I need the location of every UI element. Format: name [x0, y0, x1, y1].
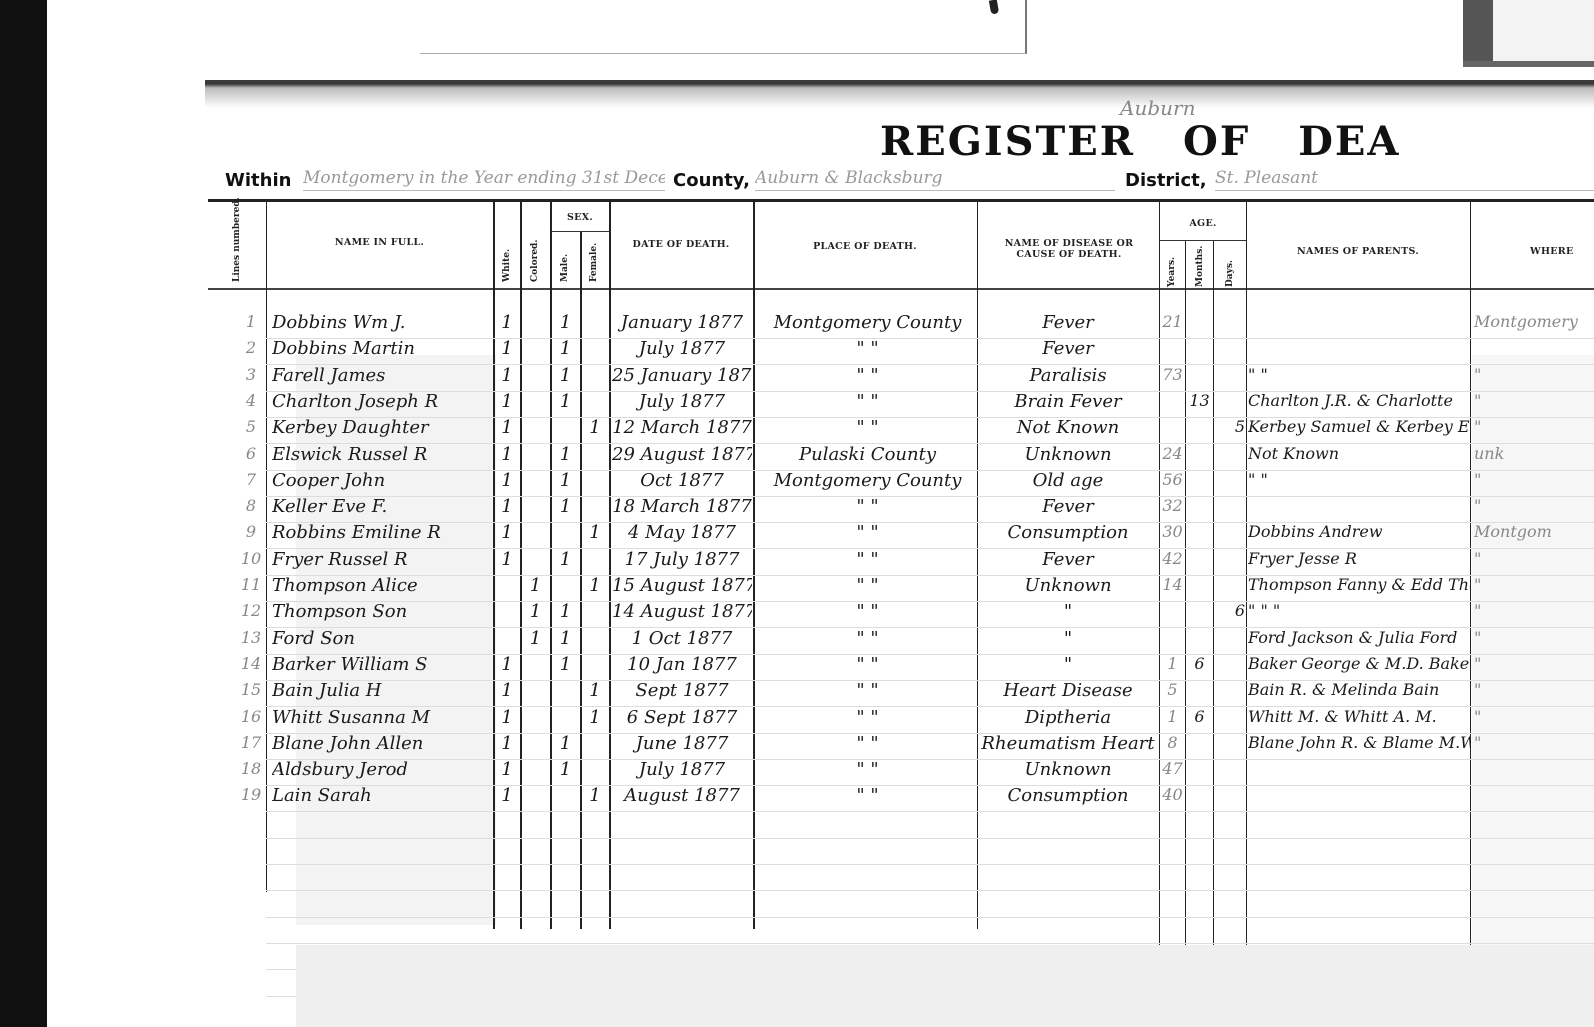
- place-of-death: " ": [760, 785, 975, 806]
- column-divider: [1246, 202, 1247, 1027]
- row-rule: [266, 864, 1594, 865]
- white-mark: 1: [494, 549, 520, 570]
- line-number: 4: [240, 391, 262, 410]
- colored-mark: 1: [521, 601, 550, 622]
- district-value: St. Pleasant: [1215, 168, 1594, 191]
- place-of-death: " ": [760, 575, 975, 596]
- white-mark: 1: [494, 496, 520, 517]
- line-number: 18: [240, 759, 262, 778]
- line-number: 7: [240, 470, 262, 489]
- date-of-death: 15 August 1877: [612, 575, 752, 596]
- names-of-parents: Bain R. & Melinda Bain: [1248, 680, 1470, 699]
- name-in-full: Cooper John: [272, 470, 492, 491]
- title-word: DEA: [1298, 118, 1400, 165]
- names-of-parents: Blane John R. & Blame M.W.: [1248, 733, 1470, 752]
- age-years: 14: [1160, 575, 1185, 594]
- names-of-parents: Ford Jackson & Julia Ford: [1248, 628, 1470, 647]
- female-mark: 1: [581, 575, 609, 596]
- place-of-death: Pulaski County: [760, 444, 975, 465]
- white-mark: 1: [494, 785, 520, 806]
- where-value: ": [1474, 417, 1594, 436]
- header-colored: Colored.: [530, 240, 540, 282]
- faded-scan-region: [296, 945, 1594, 1027]
- header-sex: SEX.: [551, 212, 609, 223]
- header-name-in-full: NAME IN FULL.: [266, 237, 493, 248]
- place-of-death: " ": [760, 338, 975, 359]
- where-value: ": [1474, 365, 1594, 384]
- column-divider: [753, 202, 755, 929]
- female-mark: 1: [581, 707, 609, 728]
- age-years: 1: [1160, 654, 1185, 673]
- county-value: Auburn & Blacksburg: [755, 168, 1115, 191]
- header-where: WHERE: [1530, 246, 1594, 257]
- white-mark: 1: [494, 312, 520, 333]
- place-of-death: Montgomery County: [760, 470, 975, 491]
- cause-of-death: ": [980, 601, 1156, 622]
- line-number: 1: [240, 312, 262, 331]
- cause-of-death: Rheumatism Heart: [980, 733, 1156, 754]
- overlapping-page-edge: [420, 0, 1027, 54]
- name-in-full: Thompson Son: [272, 601, 492, 622]
- line-number: 16: [240, 707, 262, 726]
- age-years: 1: [1160, 707, 1185, 726]
- line-number: 13: [240, 628, 262, 647]
- line-number: 8: [240, 496, 262, 515]
- scan-left-border: [0, 0, 47, 1027]
- date-of-death: July 1877: [612, 338, 752, 359]
- names-of-parents: Fryer Jesse R: [1248, 549, 1470, 568]
- place-of-death: " ": [760, 759, 975, 780]
- where-value: ": [1474, 680, 1594, 699]
- where-value: unk: [1474, 444, 1594, 463]
- names-of-parents: Kerbey Samuel & Kerbey Ellen: [1248, 417, 1470, 436]
- place-of-death: " ": [760, 601, 975, 622]
- line-number: 19: [240, 785, 262, 804]
- male-mark: 1: [551, 654, 580, 675]
- white-mark: 1: [494, 707, 520, 728]
- age-years: 5: [1160, 680, 1185, 699]
- cause-of-death: Brain Fever: [980, 391, 1156, 412]
- white-mark: 1: [494, 444, 520, 465]
- names-of-parents: " " ": [1248, 601, 1470, 620]
- within-label: Within: [225, 170, 291, 191]
- date-of-death: 14 August 1877: [612, 601, 752, 622]
- district-label: District,: [1125, 170, 1207, 191]
- name-in-full: Charlton Joseph R: [272, 391, 492, 412]
- sex-subrule: [551, 231, 609, 232]
- place-of-death: " ": [760, 549, 975, 570]
- header-female: Female.: [589, 243, 599, 282]
- date-of-death: 4 May 1877: [612, 522, 752, 543]
- jurisdiction-line: Within Montgomery in the Year ending 31s…: [225, 168, 1594, 198]
- place-of-death: " ": [760, 654, 975, 675]
- where-value: ": [1474, 601, 1594, 620]
- place-of-death: " ": [760, 707, 975, 728]
- date-of-death: 29 August 1877: [612, 444, 752, 465]
- male-mark: 1: [551, 365, 580, 386]
- line-number: 6: [240, 444, 262, 463]
- cause-of-death: Diptheria: [980, 707, 1156, 728]
- header-lines-numbered: Lines numbered.: [232, 197, 242, 282]
- names-of-parents: " ": [1248, 365, 1470, 384]
- place-of-death: " ": [760, 628, 975, 649]
- name-in-full: Kerbey Daughter: [272, 417, 492, 438]
- cause-of-death: Not Known: [980, 417, 1156, 438]
- place-of-death: " ": [760, 496, 975, 517]
- date-of-death: Oct 1877: [612, 470, 752, 491]
- age-years: 32: [1160, 496, 1185, 515]
- age-years: 21: [1160, 312, 1185, 331]
- male-mark: 1: [551, 549, 580, 570]
- header-years: Years.: [1167, 257, 1177, 287]
- column-divider: [266, 202, 267, 892]
- date-of-death: July 1877: [612, 759, 752, 780]
- where-value: ": [1474, 733, 1594, 752]
- white-mark: 1: [494, 338, 520, 359]
- cause-of-death: ": [980, 628, 1156, 649]
- header-bottom-rule: [208, 288, 1594, 290]
- age-months: 13: [1186, 391, 1213, 410]
- where-value: ": [1474, 549, 1594, 568]
- date-of-death: August 1877: [612, 785, 752, 806]
- name-in-full: Lain Sarah: [272, 785, 492, 806]
- age-years: 24: [1160, 444, 1185, 463]
- header-disease: NAME OF DISEASE OR CAUSE OF DEATH.: [985, 238, 1153, 260]
- where-value: ": [1474, 628, 1594, 647]
- date-of-death: 6 Sept 1877: [612, 707, 752, 728]
- column-divider: [1185, 240, 1186, 1027]
- date-of-death: 1 Oct 1877: [612, 628, 752, 649]
- cause-of-death: Fever: [980, 496, 1156, 517]
- male-mark: 1: [551, 338, 580, 359]
- male-mark: 1: [551, 496, 580, 517]
- male-mark: 1: [551, 391, 580, 412]
- header-date-of-death: DATE OF DEATH.: [609, 239, 753, 250]
- date-of-death: Sept 1877: [612, 680, 752, 701]
- date-of-death: 12 March 1877: [612, 417, 752, 438]
- names-of-parents: Charlton J.R. & Charlotte: [1248, 391, 1470, 410]
- age-months: 6: [1186, 654, 1213, 673]
- female-mark: 1: [581, 785, 609, 806]
- within-value: Montgomery in the Year ending 31st Decem…: [303, 168, 665, 191]
- cause-of-death: Fever: [980, 338, 1156, 359]
- age-years: 8: [1160, 733, 1185, 752]
- row-rule: [266, 838, 1594, 839]
- cause-of-death: Heart Disease: [980, 680, 1156, 701]
- title-word: REGISTER: [880, 118, 1135, 165]
- where-value: ": [1474, 496, 1594, 515]
- row-rule: [266, 943, 1594, 944]
- name-in-full: Blane John Allen: [272, 733, 492, 754]
- male-mark: 1: [551, 733, 580, 754]
- white-mark: 1: [494, 470, 520, 491]
- names-of-parents: Dobbins Andrew: [1248, 522, 1470, 541]
- name-in-full: Fryer Russel R: [272, 549, 492, 570]
- where-value: Montgomery: [1474, 312, 1594, 331]
- cause-of-death: Paralisis: [980, 365, 1156, 386]
- page-title: REGISTEROFDEA: [880, 118, 1448, 165]
- white-mark: 1: [494, 680, 520, 701]
- column-divider: [520, 202, 522, 929]
- cause-of-death: Unknown: [980, 575, 1156, 596]
- colored-mark: 1: [521, 628, 550, 649]
- female-mark: 1: [581, 680, 609, 701]
- place-of-death: " ": [760, 680, 975, 701]
- name-in-full: Barker William S: [272, 654, 492, 675]
- names-of-parents: Baker George & M.D. Baker: [1248, 654, 1470, 673]
- cause-of-death: Unknown: [980, 444, 1156, 465]
- row-rule: [266, 917, 1594, 918]
- title-word: OF: [1183, 118, 1250, 165]
- where-value: Montgom: [1474, 522, 1594, 541]
- header-days: Days.: [1225, 260, 1235, 287]
- title-annotation: Auburn: [1120, 96, 1195, 120]
- line-number: 17: [240, 733, 262, 752]
- line-number: 12: [240, 601, 262, 620]
- white-mark: 1: [494, 417, 520, 438]
- name-in-full: Dobbins Martin: [272, 338, 492, 359]
- overlapping-page-corner: [1463, 0, 1594, 67]
- place-of-death: " ": [760, 522, 975, 543]
- row-rule: [266, 890, 1594, 891]
- where-value: ": [1474, 391, 1594, 410]
- place-of-death: " ": [760, 733, 975, 754]
- place-of-death: " ": [760, 365, 975, 386]
- line-number: 3: [240, 365, 262, 384]
- names-of-parents: " ": [1248, 470, 1470, 489]
- male-mark: 1: [551, 601, 580, 622]
- header-names-of-parents: NAMES OF PARENTS.: [1246, 246, 1470, 257]
- column-divider: [977, 202, 978, 929]
- header-place-of-death: PLACE OF DEATH.: [753, 241, 977, 252]
- name-in-full: Thompson Alice: [272, 575, 492, 596]
- page-top-shadow: [205, 80, 1594, 108]
- header-white: White.: [502, 249, 512, 282]
- line-number: 5: [240, 417, 262, 436]
- county-label: County,: [673, 170, 750, 191]
- place-of-death: Montgomery County: [760, 312, 975, 333]
- name-in-full: Bain Julia H: [272, 680, 492, 701]
- age-days: 5: [1214, 417, 1245, 436]
- white-mark: 1: [494, 391, 520, 412]
- colored-mark: 1: [521, 575, 550, 596]
- names-of-parents: Not Known: [1248, 444, 1470, 463]
- column-divider: [1470, 202, 1471, 1027]
- name-in-full: Whitt Susanna M: [272, 707, 492, 728]
- female-mark: 1: [581, 522, 609, 543]
- cause-of-death: ": [980, 654, 1156, 675]
- line-number: 14: [240, 654, 262, 673]
- date-of-death: January 1877: [612, 312, 752, 333]
- age-years: 42: [1160, 549, 1185, 568]
- where-value: ": [1474, 654, 1594, 673]
- male-mark: 1: [551, 470, 580, 491]
- date-of-death: 10 Jan 1877: [612, 654, 752, 675]
- where-value: ": [1474, 470, 1594, 489]
- where-value: ": [1474, 707, 1594, 726]
- place-of-death: " ": [760, 417, 975, 438]
- name-in-full: Ford Son: [272, 628, 492, 649]
- place-of-death: " ": [760, 391, 975, 412]
- column-divider: [1213, 240, 1214, 1027]
- header-age: AGE.: [1160, 218, 1246, 229]
- cause-of-death: Consumption: [980, 522, 1156, 543]
- name-in-full: Farell James: [272, 365, 492, 386]
- cause-of-death: Consumption: [980, 785, 1156, 806]
- cause-of-death: Unknown: [980, 759, 1156, 780]
- age-months: 6: [1186, 707, 1213, 726]
- header-top-rule: [208, 199, 1594, 202]
- line-number: 10: [240, 549, 262, 568]
- age-days: 6: [1214, 601, 1245, 620]
- date-of-death: July 1877: [612, 391, 752, 412]
- male-mark: 1: [551, 759, 580, 780]
- name-in-full: Elswick Russel R: [272, 444, 492, 465]
- line-number: 2: [240, 338, 262, 357]
- date-of-death: 18 March 1877: [612, 496, 752, 517]
- name-in-full: Keller Eve F.: [272, 496, 492, 517]
- white-mark: 1: [494, 733, 520, 754]
- column-divider: [609, 202, 611, 929]
- name-in-full: Aldsbury Jerod: [272, 759, 492, 780]
- male-mark: 1: [551, 444, 580, 465]
- white-mark: 1: [494, 365, 520, 386]
- date-of-death: 17 July 1877: [612, 549, 752, 570]
- white-mark: 1: [494, 759, 520, 780]
- header-months: Months.: [1195, 246, 1205, 287]
- male-mark: 1: [551, 312, 580, 333]
- age-years: 30: [1160, 522, 1185, 541]
- white-mark: 1: [494, 654, 520, 675]
- header-male: Male.: [560, 254, 570, 282]
- age-years: 56: [1160, 470, 1185, 489]
- names-of-parents: Thompson Fanny & Edd Thompson: [1248, 575, 1470, 594]
- male-mark: 1: [551, 628, 580, 649]
- name-in-full: Robbins Emiline R: [272, 522, 492, 543]
- age-years: 47: [1160, 759, 1185, 778]
- female-mark: 1: [581, 417, 609, 438]
- line-number: 9: [240, 522, 262, 541]
- where-value: ": [1474, 575, 1594, 594]
- age-years: 73: [1160, 365, 1185, 384]
- line-number: 15: [240, 680, 262, 699]
- age-years: 40: [1160, 785, 1185, 804]
- date-of-death: June 1877: [612, 733, 752, 754]
- cause-of-death: Old age: [980, 470, 1156, 491]
- cause-of-death: Fever: [980, 312, 1156, 333]
- row-rule: [266, 811, 1594, 812]
- white-mark: 1: [494, 522, 520, 543]
- cause-of-death: Fever: [980, 549, 1156, 570]
- names-of-parents: Whitt M. & Whitt A. M.: [1248, 707, 1470, 726]
- name-in-full: Dobbins Wm J.: [272, 312, 492, 333]
- age-subrule: [1160, 240, 1246, 241]
- date-of-death: 25 January 1877: [612, 365, 752, 386]
- line-number: 11: [240, 575, 262, 594]
